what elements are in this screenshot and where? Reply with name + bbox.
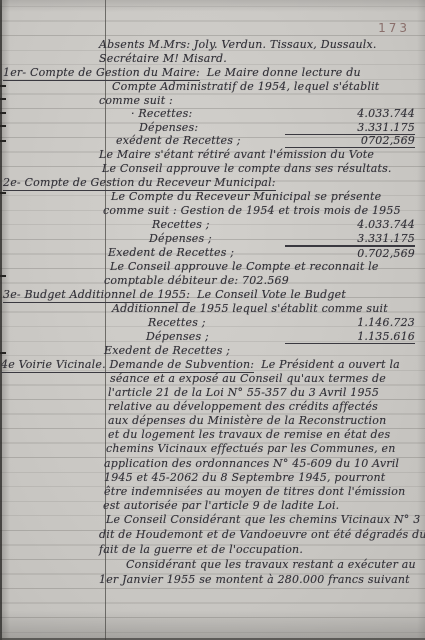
amount-label: Recettes ; bbox=[152, 218, 210, 231]
body-line: Le Conseil approuve le compte dans ses r… bbox=[102, 162, 417, 176]
amount-value: 1.146.723 bbox=[285, 316, 415, 329]
amount-value: 1.135.616 bbox=[285, 330, 415, 344]
amount-label: Recettes ; bbox=[148, 316, 206, 329]
amount-label: Dépenses ; bbox=[146, 330, 209, 343]
body-line: 1er Janvier 1955 se montent à 280.000 fr… bbox=[99, 573, 417, 587]
binding-mark bbox=[0, 125, 6, 127]
amount-value: 3.331.175 bbox=[285, 232, 415, 246]
body-line: Additionnel de 1955 lequel s'établit com… bbox=[112, 302, 417, 316]
section-1-heading-line: 1er- Compte de Gestion du Maire:Le Maire… bbox=[3, 66, 417, 80]
body-line: est autorisée par l'article 9 de ladite … bbox=[103, 499, 417, 513]
amount-row: · Recettes:4.033.744 bbox=[131, 107, 417, 121]
body-line: comme suit : bbox=[99, 94, 417, 108]
body-line: 1945 et 45-2062 du 8 Septembre 1945, pou… bbox=[104, 471, 417, 485]
body-line: Le Compte du Receveur Municipal se prése… bbox=[111, 190, 417, 204]
binding-mark bbox=[0, 98, 6, 100]
body-line: Considérant que les travaux restant a ex… bbox=[126, 558, 417, 572]
amount-label: Dépenses: bbox=[139, 121, 198, 134]
section-4-heading-line: 4e Voirie Vicinale. Demande de Subventio… bbox=[1, 358, 417, 372]
body-line: relative au développement des crédits af… bbox=[108, 400, 417, 414]
body-line: aux dépenses du Ministère de la Reconstr… bbox=[108, 414, 417, 428]
amount-label: Exedent de Recettes ; bbox=[104, 344, 230, 357]
section-3-heading-line: 3e- Budget Additionnel de 1955:Le Consei… bbox=[3, 288, 417, 302]
scanned-register-page: 173 Absents M.Mrs: Joly. Verdun. Tissaux… bbox=[0, 0, 425, 640]
body-line: fait de la guerre et de l'occupation. bbox=[99, 543, 417, 557]
binding-mark bbox=[0, 112, 6, 114]
body-line: être indemnisées au moyen de titres dont… bbox=[104, 485, 417, 499]
amount-row: Dépenses:3.331.175 bbox=[139, 121, 417, 135]
secretary-line: Secrétaire M! Misard. bbox=[99, 52, 417, 66]
amount-label: Dépenses ; bbox=[149, 232, 212, 245]
section-4-heading-continuation: Le Président a ouvert la bbox=[261, 358, 400, 371]
amount-label: exédent de Recettes ; bbox=[116, 134, 241, 147]
body-line: séance et a exposé au Conseil qu'aux ter… bbox=[110, 372, 417, 386]
body-line: chemins Vicinaux effectués par les Commu… bbox=[106, 442, 417, 456]
amount-row: exédent de Recettes ;0702,569 bbox=[116, 134, 417, 148]
section-4-heading: 4e Voirie Vicinale. Demande de Subventio… bbox=[1, 358, 254, 373]
amount-value: 4.033.744 bbox=[285, 218, 415, 231]
section-2-heading: 2e- Compte de Gestion du Receveur Munici… bbox=[3, 176, 276, 191]
amount-row: Dépenses ;3.331.175 bbox=[149, 232, 417, 246]
section-2-heading-line: 2e- Compte de Gestion du Receveur Munici… bbox=[3, 176, 417, 190]
section-1-heading: 1er- Compte de Gestion du Maire: bbox=[3, 66, 200, 81]
amount-row: Exedent de Recettes ; bbox=[104, 344, 417, 358]
section-1-heading-continuation: Le Maire donne lecture du bbox=[207, 66, 361, 79]
binding-mark bbox=[0, 140, 6, 142]
absents-line: Absents M.Mrs: Joly. Verdun. Tissaux, Du… bbox=[99, 38, 417, 52]
body-line: Le Conseil Considérant que les chemins V… bbox=[106, 513, 417, 527]
amount-value: 4.033.744 bbox=[285, 107, 415, 120]
body-line: comptable débiteur de: 702.569 bbox=[104, 274, 417, 288]
binding-mark bbox=[0, 192, 6, 194]
binding-mark bbox=[0, 275, 6, 277]
amount-label: · Recettes: bbox=[131, 107, 192, 120]
amount-row: Dépenses ;1.135.616 bbox=[146, 330, 417, 344]
amount-row: Recettes ;1.146.723 bbox=[148, 316, 417, 330]
amount-value: 0702,569 bbox=[285, 134, 415, 148]
body-line: et du logement les travaux de remise en … bbox=[108, 428, 417, 442]
binding-mark bbox=[0, 85, 6, 87]
amount-value: 3.331.175 bbox=[285, 121, 415, 135]
page-number: 173 bbox=[378, 21, 410, 35]
page-left-edge bbox=[0, 0, 2, 640]
binding-mark bbox=[0, 352, 6, 354]
body-line: l'article 21 de la Loi N° 55-357 du 3 Av… bbox=[108, 386, 417, 400]
amount-label: Exedent de Recettes ; bbox=[108, 246, 234, 259]
amount-row: Recettes ;4.033.744 bbox=[152, 218, 417, 232]
section-3-heading-continuation: Le Conseil Vote le Budget bbox=[197, 288, 346, 301]
body-line: application des ordonnances N° 45-609 du… bbox=[104, 457, 417, 471]
body-line: Compte Administratif de 1954, lequel s'é… bbox=[112, 80, 417, 94]
body-line: Le Maire s'étant rétiré avant l'émission… bbox=[99, 148, 417, 162]
amount-row: Exedent de Recettes ;0.702,569 bbox=[108, 246, 417, 260]
body-line: dit de Houdemont et de Vandoeuvre ont ét… bbox=[99, 528, 417, 542]
body-line: comme suit : Gestion de 1954 et trois mo… bbox=[103, 204, 417, 218]
body-line: Le Conseil approuve le Compte et reconna… bbox=[110, 260, 417, 274]
amount-value: 0.702,569 bbox=[285, 246, 415, 260]
section-3-heading: 3e- Budget Additionnel de 1955: bbox=[3, 288, 190, 303]
